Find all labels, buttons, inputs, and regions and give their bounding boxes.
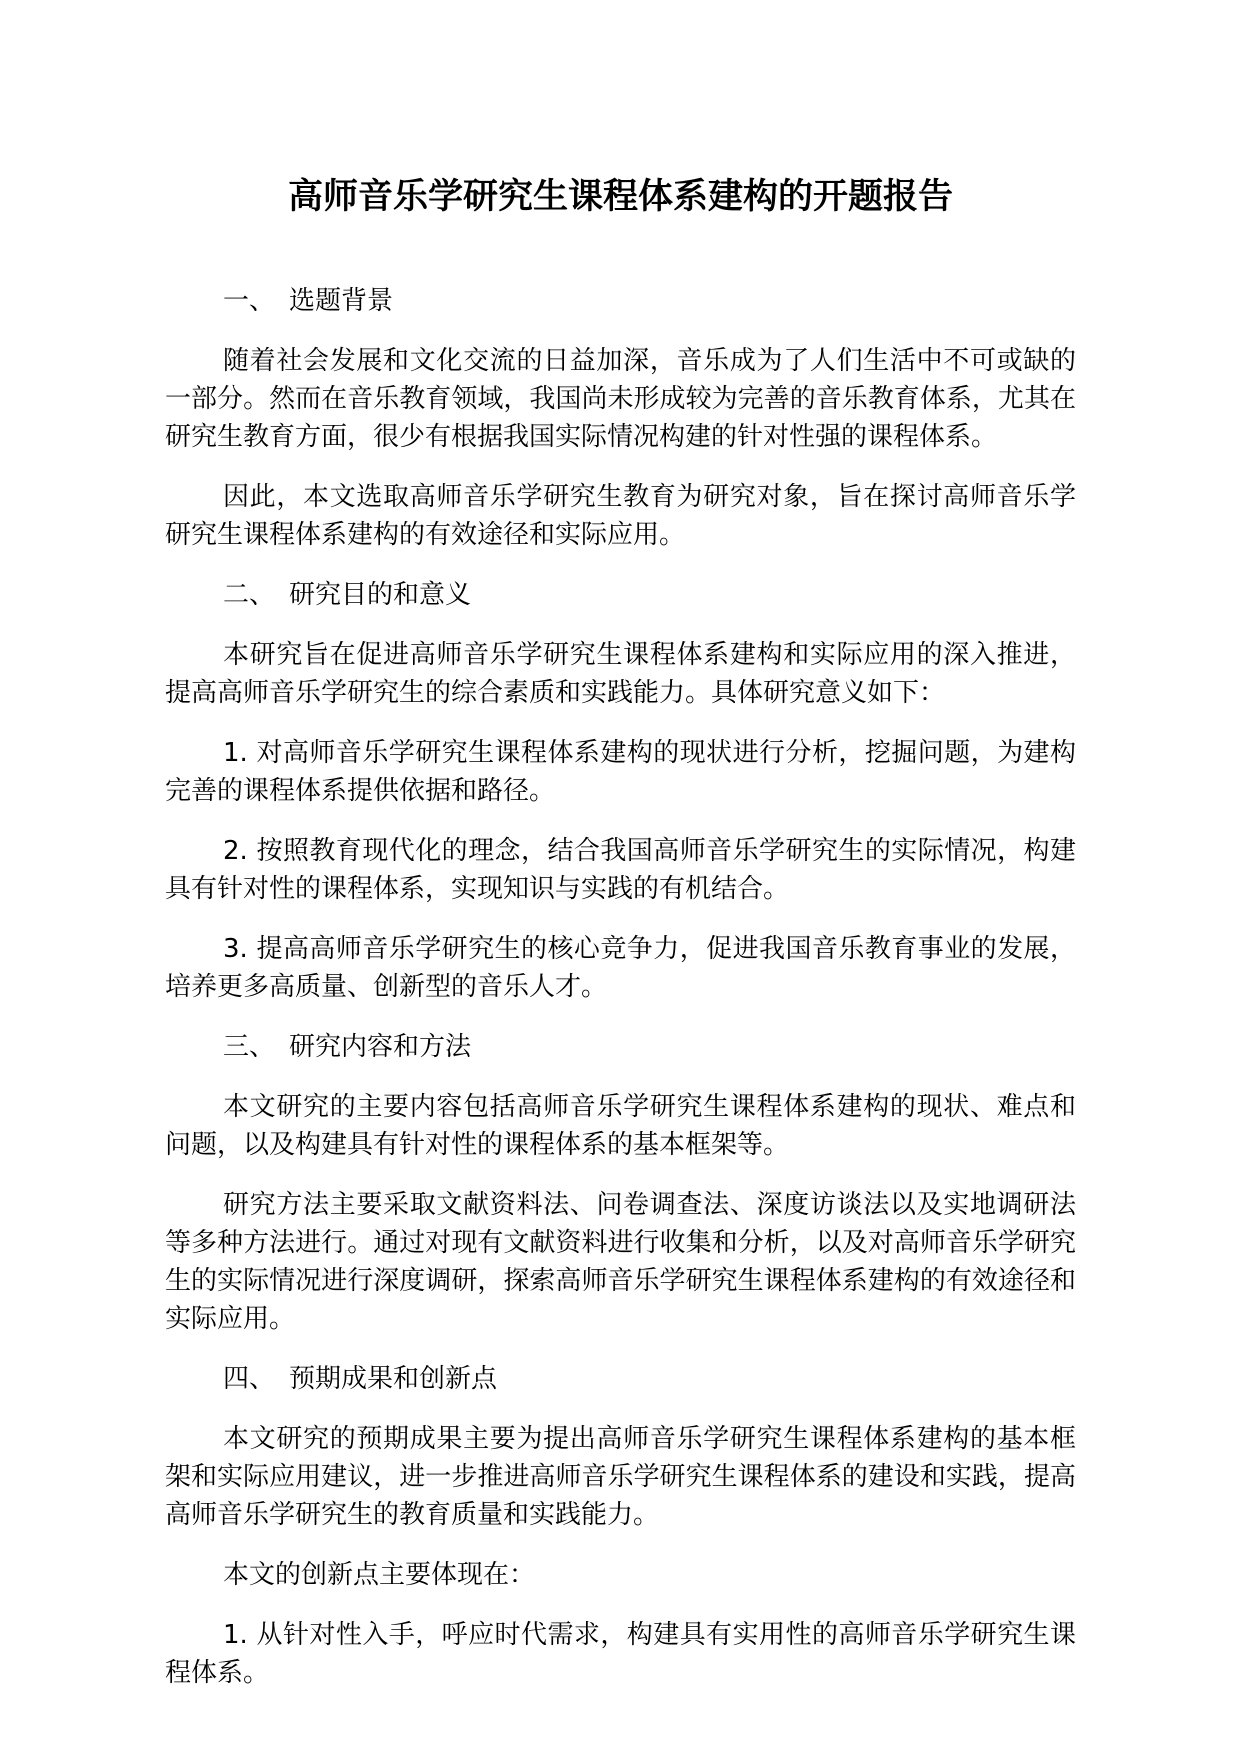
paragraph: 本文的创新点主要体现在： bbox=[165, 1556, 1076, 1594]
paragraph: 研究方法主要采取文献资料法、问卷调查法、深度访谈法以及实地调研法等多种方法进行。… bbox=[165, 1186, 1076, 1338]
paragraph: 随着社会发展和文化交流的日益加深，音乐成为了人们生活中不可或缺的一部分。然而在音… bbox=[165, 342, 1076, 456]
section-background-number: 一、 bbox=[223, 286, 275, 316]
section-content-methods-title: 研究内容和方法 bbox=[289, 1032, 471, 1062]
paragraph: 因此，本文选取高师音乐学研究生教育为研究对象，旨在探讨高师音乐学研究生课程体系建… bbox=[165, 478, 1076, 554]
paragraph: 本文研究的主要内容包括高师音乐学研究生课程体系建构的现状、难点和问题，以及构建具… bbox=[165, 1088, 1076, 1164]
section-purpose-number: 二、 bbox=[223, 580, 275, 610]
section-expected-results: 四、预期成果和创新点 本文研究的预期成果主要为提出高师音乐学研究生课程体系建构的… bbox=[165, 1360, 1076, 1692]
section-background: 一、选题背景 随着社会发展和文化交流的日益加深，音乐成为了人们生活中不可或缺的一… bbox=[165, 282, 1076, 554]
section-background-heading: 一、选题背景 bbox=[165, 282, 1076, 320]
paragraph: 1. 从针对性入手，呼应时代需求，构建具有实用性的高师音乐学研究生课程体系。 bbox=[165, 1616, 1076, 1692]
section-content-methods: 三、研究内容和方法 本文研究的主要内容包括高师音乐学研究生课程体系建构的现状、难… bbox=[165, 1028, 1076, 1338]
section-purpose-title: 研究目的和意义 bbox=[289, 580, 471, 610]
section-content-methods-number: 三、 bbox=[223, 1032, 275, 1062]
section-purpose: 二、研究目的和意义 本研究旨在促进高师音乐学研究生课程体系建构和实际应用的深入推… bbox=[165, 576, 1076, 1006]
section-expected-results-heading: 四、预期成果和创新点 bbox=[165, 1360, 1076, 1398]
section-expected-results-number: 四、 bbox=[223, 1364, 275, 1394]
paragraph: 3. 提高高师音乐学研究生的核心竞争力，促进我国音乐教育事业的发展，培养更多高质… bbox=[165, 930, 1076, 1006]
document-title: 高师音乐学研究生课程体系建构的开题报告 bbox=[165, 172, 1076, 222]
section-expected-results-title: 预期成果和创新点 bbox=[289, 1364, 497, 1394]
paragraph: 本文研究的预期成果主要为提出高师音乐学研究生课程体系建构的基本框架和实际应用建议… bbox=[165, 1420, 1076, 1534]
paragraph: 2. 按照教育现代化的理念，结合我国高师音乐学研究生的实际情况，构建具有针对性的… bbox=[165, 832, 1076, 908]
paragraph: 1. 对高师音乐学研究生课程体系建构的现状进行分析，挖掘问题，为建构完善的课程体… bbox=[165, 734, 1076, 810]
paragraph: 本研究旨在促进高师音乐学研究生课程体系建构和实际应用的深入推进，提高高师音乐学研… bbox=[165, 636, 1076, 712]
section-purpose-heading: 二、研究目的和意义 bbox=[165, 576, 1076, 614]
document-page: 高师音乐学研究生课程体系建构的开题报告 一、选题背景 随着社会发展和文化交流的日… bbox=[0, 0, 1241, 1754]
section-background-title: 选题背景 bbox=[289, 286, 393, 316]
section-content-methods-heading: 三、研究内容和方法 bbox=[165, 1028, 1076, 1066]
